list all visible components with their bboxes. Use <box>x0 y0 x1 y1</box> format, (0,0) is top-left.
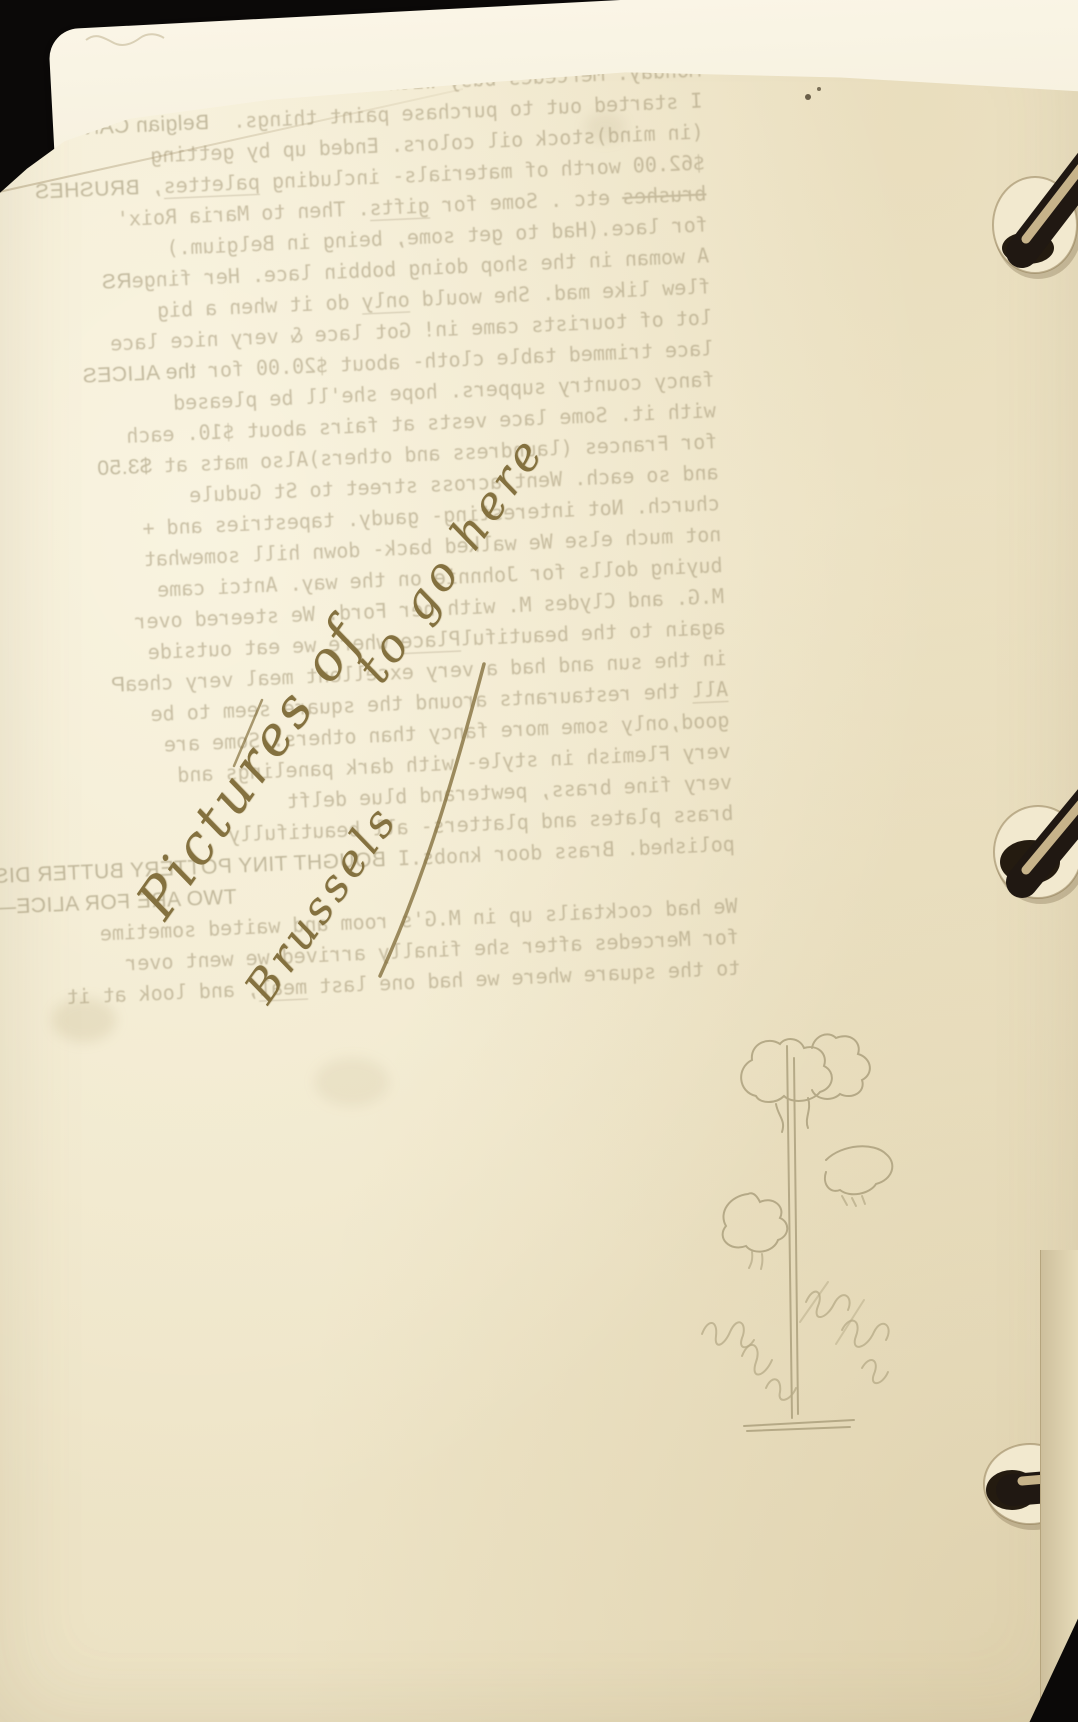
sketch-baseline <box>744 1420 854 1431</box>
sketch-leaf-left <box>723 1193 788 1251</box>
sketch-bloom-right <box>812 1034 870 1099</box>
scanned-diary-page: 25Monday. Mercedes busy with her work, s… <box>0 0 1078 1722</box>
sketch-scribble <box>806 1292 889 1384</box>
sketch-leaf-right <box>825 1146 892 1194</box>
pencil-flourish-stroke <box>234 664 484 976</box>
ink-speck <box>805 94 811 100</box>
ink-speck <box>817 87 821 91</box>
flower-sketch <box>702 1034 892 1431</box>
sketch-scribble <box>742 1345 796 1400</box>
sketch-bloom-stems <box>776 1098 809 1132</box>
pencil-sketch-layer <box>0 0 1078 1722</box>
faint-scribble <box>86 34 164 45</box>
sketch-scribble <box>702 1322 754 1347</box>
